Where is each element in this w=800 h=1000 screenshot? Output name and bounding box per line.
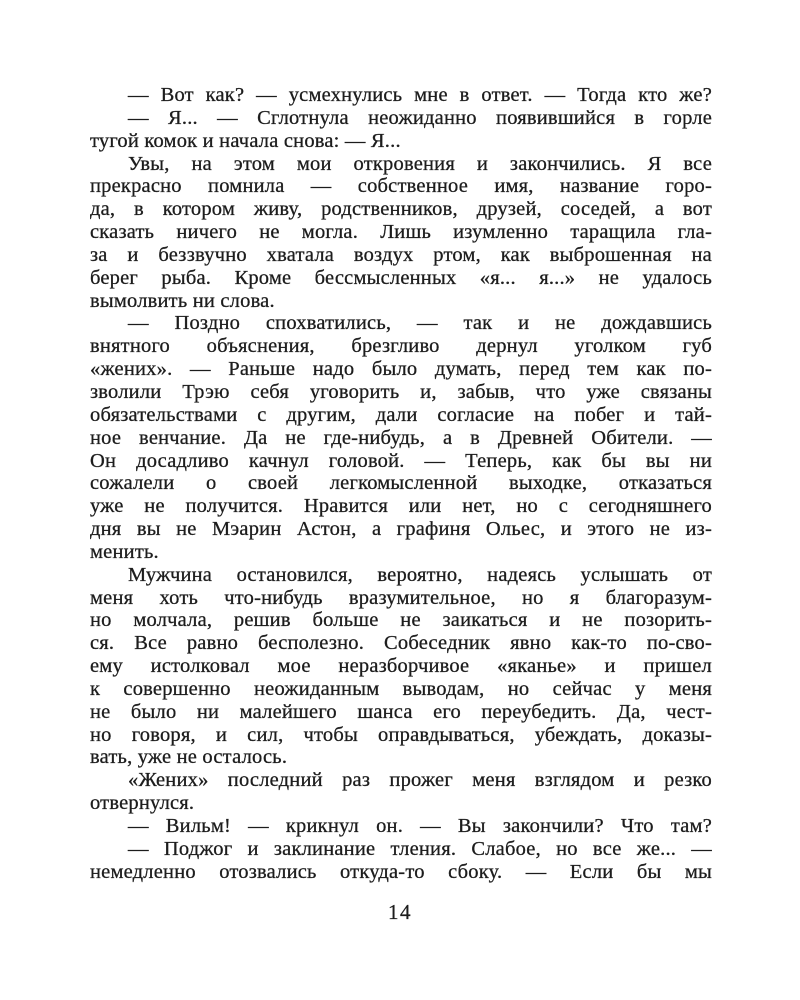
text-line: меня хоть что-нибудь вразумительное, но … — [90, 587, 712, 610]
text-line: Увы, на этом мои откровения и закончилис… — [90, 153, 712, 176]
text-line: — Вот как? — усмехнулись мне в ответ. — … — [90, 84, 712, 107]
text-line: но молчала, решив больше не заикаться и … — [90, 609, 712, 632]
text-line: прекрасно помнила — собственное имя, наз… — [90, 175, 712, 198]
book-page: — Вот как? — усмехнулись мне в ответ. — … — [0, 0, 800, 1000]
text-line: зволили Трэю себя уговорить и, забыв, чт… — [90, 381, 712, 404]
text-line: ему истолковал мое неразборчивое «яканье… — [90, 655, 712, 678]
paragraph: — Вот как? — усмехнулись мне в ответ. — … — [90, 84, 712, 107]
text-line: «Жених» последний раз прожег меня взгляд… — [90, 769, 712, 792]
text-line: менить. — [90, 541, 712, 564]
text-line: сказать ничего не могла. Лишь изумленно … — [90, 221, 712, 244]
paragraph: Мужчина остановился, вероятно, надеясь у… — [90, 564, 712, 770]
text-line: — Поджог и заклинание тления. Слабое, но… — [90, 838, 712, 861]
text-line: немедленно отозвались откуда-то сбоку. —… — [90, 861, 712, 884]
paragraph: Увы, на этом мои откровения и закончилис… — [90, 153, 712, 313]
text-line: — Я... — Сглотнула неожиданно появившийс… — [90, 107, 712, 130]
text-line: — Вильм! — крикнул он. — Вы закончили? Ч… — [90, 815, 712, 838]
text-line: обязательствами с другим, дали согласие … — [90, 404, 712, 427]
text-line: внятного объяснения, брезгливо дернул уг… — [90, 335, 712, 358]
text-line: за и беззвучно хватала воздух ртом, как … — [90, 244, 712, 267]
text-line: отвернулся. — [90, 792, 712, 815]
text-line: ное венчание. Да не где-нибудь, а в Древ… — [90, 427, 712, 450]
text-line: ся. Все равно бесполезно. Собеседник явн… — [90, 632, 712, 655]
paragraph: — Поздно спохватились, — так и не дождав… — [90, 312, 712, 563]
text-line: да, в котором живу, родственников, друзе… — [90, 198, 712, 221]
text-line: сожалели о своей легкомысленной выходке,… — [90, 472, 712, 495]
text-line: «жених». — Раньше надо было думать, пере… — [90, 358, 712, 381]
text-line: вать, уже не осталось. — [90, 746, 712, 769]
text-line: берег рыба. Кроме бессмысленных «я... я.… — [90, 267, 712, 290]
text-line: тугой комок и начала снова: — Я... — [90, 130, 712, 153]
text-line: к совершенно неожиданным выводам, но сей… — [90, 678, 712, 701]
paragraph: — Я... — Сглотнула неожиданно появившийс… — [90, 107, 712, 153]
text-line: не было ни малейшего шанса его переубеди… — [90, 701, 712, 724]
text-line: Он досадливо качнул головой. — Теперь, к… — [90, 450, 712, 473]
text-line: но говоря, и сил, чтобы оправдываться, у… — [90, 724, 712, 747]
text-line: — Поздно спохватились, — так и не дождав… — [90, 312, 712, 335]
text-line: уже не получится. Нравится или нет, но с… — [90, 495, 712, 518]
text-line: вымолвить ни слова. — [90, 290, 712, 313]
text-line: дня вы не Мэарин Астон, а графиня Ольес,… — [90, 518, 712, 541]
text-line: Мужчина остановился, вероятно, надеясь у… — [90, 564, 712, 587]
page-text: — Вот как? — усмехнулись мне в ответ. — … — [90, 84, 712, 884]
paragraph: — Поджог и заклинание тления. Слабое, но… — [90, 838, 712, 884]
paragraph: — Вильм! — крикнул он. — Вы закончили? Ч… — [90, 815, 712, 838]
paragraph: «Жених» последний раз прожег меня взгляд… — [90, 769, 712, 815]
page-number: 14 — [0, 900, 800, 925]
